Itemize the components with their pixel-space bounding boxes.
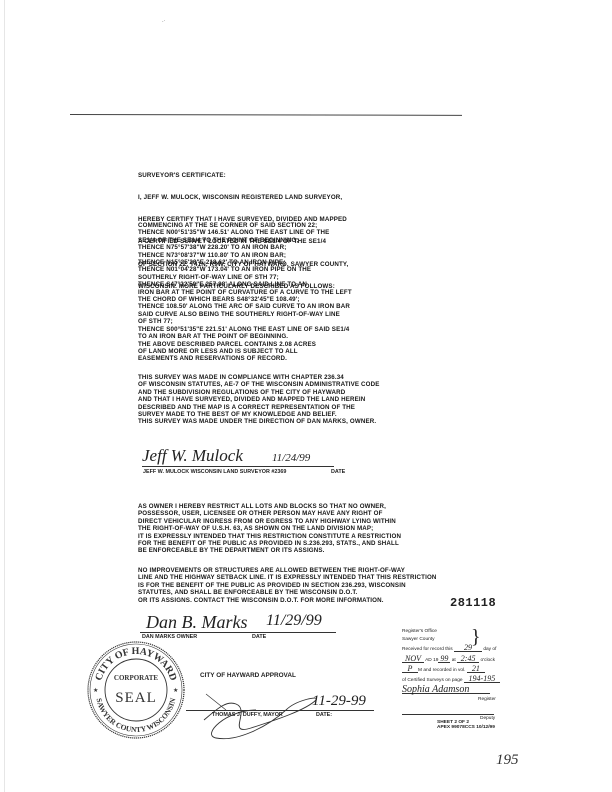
improvements-line: IS FOR THE BENEFIT OF THE PUBLIC AS PROV… xyxy=(138,582,437,589)
legal-description-line: SOUTHERLY RIGHT-OF-WAY LINE OF STH 77; xyxy=(138,274,352,281)
improvements-line: NO IMPROVEMENTS OR STRUCTURES ARE ALLOWE… xyxy=(138,567,437,574)
svg-text:★: ★ xyxy=(173,687,178,694)
legal-description-line: THENCE S00°51'35"E 221.51' ALONG THE EAS… xyxy=(138,326,352,333)
received-meridiem: P xyxy=(402,665,418,673)
legal-description-line: THENCE 108.50' ALONG THE ARC OF SAID CUR… xyxy=(138,303,352,310)
restriction-line: BE ENFORCEABLE BY THE DEPARTMENT OR ITS … xyxy=(138,547,401,554)
restriction-line: AS OWNER I HEREBY RESTRICT ALL LOTS AND … xyxy=(138,503,401,510)
page-number: 195 xyxy=(496,752,519,769)
compliance-line: OF WISCONSIN STATUTES, AE-7 OF THE WISCO… xyxy=(138,381,380,388)
compliance-statement: THIS SURVEY WAS MADE IN COMPLIANCE WITH … xyxy=(138,374,380,426)
document-number: 281118 xyxy=(450,596,496,610)
restriction-line: FOR THE BENEFIT OF THE PUBLIC AS PROVIDE… xyxy=(138,540,401,547)
received-label: Received for record this xyxy=(402,647,453,652)
register-signature: Sophia Adamson xyxy=(402,686,490,694)
surveyor-date-label: DATE xyxy=(331,469,345,475)
legal-description-line: SAID CURVE ALSO BEING THE SOUTHERLY RIGH… xyxy=(138,311,352,318)
corporate-seal-icon: CITY OF HAYWARD SAWYER COUNTY WISCONSIN … xyxy=(86,640,186,740)
register-county: Sawyer County xyxy=(402,636,500,644)
legal-description-line: COMMENCING AT THE SE CORNER OF SAID SECT… xyxy=(138,222,352,229)
restriction-line: IT IS EXPRESSLY INTENDED THAT THIS RESTR… xyxy=(138,533,401,540)
legal-description-line: SE1/4 OF THE SE1/4 TO THE POINT OF BEGIN… xyxy=(138,237,352,244)
compliance-line: SURVEY MADE TO THE BEST OF MY KNOWLEDGE … xyxy=(138,411,380,418)
legal-description-line: EASEMENTS AND RESERVATIONS OF RECORD. xyxy=(138,355,352,362)
scan-speck: .· xyxy=(162,18,166,24)
register-label: Register xyxy=(402,696,500,704)
approval-date: 11-29-99 xyxy=(312,693,366,710)
seal-inner-center: SEAL xyxy=(115,690,157,706)
legal-description-line: THENCE N73°08'37"W 110.80' TO AN IRON BA… xyxy=(138,252,352,259)
owner-restriction: AS OWNER I HEREBY RESTRICT ALL LOTS AND … xyxy=(138,503,401,555)
certificate-heading: SURVEYOR'S CERTIFICATE: xyxy=(138,172,348,179)
legal-description-line: OF STH 77; xyxy=(138,318,352,325)
legal-description-line: THENCE N00°51'35"W 146.51' ALONG THE EAS… xyxy=(138,229,352,236)
svg-text:★: ★ xyxy=(93,687,98,694)
recorded-label: M and recorded in vol. xyxy=(418,668,465,673)
job-number: APEX 99078CCS 10/12/99 xyxy=(437,725,495,730)
legal-description-line: IRON BAR AT THE POINT OF CURVATURE OF A … xyxy=(138,289,352,296)
restriction-line: THE RIGHT-OF-WAY OF U.S.H. 63, AS SHOWN … xyxy=(138,525,401,532)
legal-description-line: THENCE S47°22'50"E 257.88' ALONG SAID LI… xyxy=(138,281,352,288)
surveyor-signature-date: 11/24/99 xyxy=(272,452,310,464)
day-suffix: day of xyxy=(483,647,496,652)
legal-description-line: THENCE N75°57'38"W 228.20' TO AN IRON BA… xyxy=(138,244,352,251)
compliance-line: DESCRIBED AND THE MAP IS A CORRECT REPRE… xyxy=(138,404,380,411)
improvements-line: OR ITS ASSIGNS. CONTACT THE WISCONSIN D.… xyxy=(138,597,437,604)
owner-date-label: DATE xyxy=(252,634,266,640)
improvements-line: LINE AND THE HIGHWAY SETBACK LINE. IT IS… xyxy=(138,574,437,581)
surveyor-caption: JEFF W. MULOCK WISCONSIN LAND SURVEYOR #… xyxy=(143,469,286,475)
city-approval-heading: CITY OF HAYWARD APPROVAL xyxy=(200,672,296,679)
restriction-line: POSSESSOR, USER, LICENSEE OR OTHER PERSO… xyxy=(138,510,401,517)
scan-edge xyxy=(4,0,5,792)
register-of-deeds-stamp: Register's Office Sawyer County Received… xyxy=(402,628,500,723)
scanned-document-page: .· SURVEYOR'S CERTIFICATE: I, JEFF W. MU… xyxy=(0,0,612,792)
seal-inner-top: CORPORATE xyxy=(114,674,159,682)
register-signature-row: Sophia Adamson xyxy=(402,686,500,696)
mayor-caption: THOMAS J. DUFFY, MAYOR xyxy=(212,712,283,718)
sheet-info: SHEET 2 OF 2 APEX 99078CCS 10/12/99 xyxy=(437,720,495,731)
approval-date-label: DATE: xyxy=(316,712,332,718)
restriction-line: DIRECT VEHICULAR INGRESS FROM OR EGRESS … xyxy=(138,518,401,525)
compliance-line: THIS SURVEY WAS MADE UNDER THE DIRECTION… xyxy=(138,418,380,425)
oclock-label: o'clock xyxy=(480,658,495,663)
compliance-line: AND THAT I HAVE SURVEYED, DIVIDED AND MA… xyxy=(138,396,380,403)
register-office: Register's Office xyxy=(402,628,500,636)
legal-description-line: TO AN IRON BAR AT THE POINT OF BEGINNING… xyxy=(138,333,352,340)
legal-description-line: THE ABOVE DESCRIBED PARCEL CONTAINS 2.08… xyxy=(138,341,352,348)
received-month: NOV xyxy=(402,655,424,663)
compliance-line: THIS SURVEY WAS MADE IN COMPLIANCE WITH … xyxy=(138,374,380,381)
legal-description-line: THENCE N01°04'28"W 173.04' TO AN IRON PI… xyxy=(138,266,352,273)
owner-signature-date: 11/29/99 xyxy=(266,612,322,630)
legal-description-line: THENCE N15°25'28"E 218.62' TO AN IRON PI… xyxy=(138,259,352,266)
surveyor-signature: Jeff W. Mulock xyxy=(142,446,243,466)
compliance-line: AND THE SUBDIVISION REGULATIONS OF THE C… xyxy=(138,389,380,396)
recorded-volume: 21 xyxy=(467,665,485,673)
legal-description-line: THE CHORD OF WHICH BEARS S48°32'45"E 108… xyxy=(138,296,352,303)
register-month-row: NOV AD 1999 at 2:45 o'clock xyxy=(402,655,500,665)
top-rule-line xyxy=(70,114,462,116)
owner-signature-line xyxy=(140,632,336,633)
received-day: 29 xyxy=(454,644,482,652)
improvements-restriction: NO IMPROVEMENTS OR STRUCTURES ARE ALLOWE… xyxy=(138,567,437,604)
received-year: 99 xyxy=(438,655,450,663)
legal-description: COMMENCING AT THE SE CORNER OF SAID SECT… xyxy=(138,222,352,363)
improvements-line: STATUTES, AND SHALL BE ENFORCEABLE BY TH… xyxy=(138,589,437,596)
owner-signature: Dan B. Marks xyxy=(146,612,248,633)
ad-label: AD 19 xyxy=(425,658,438,663)
legal-description-line: OF LAND MORE OR LESS AND IS SUBJECT TO A… xyxy=(138,348,352,355)
at-label: at xyxy=(452,658,456,663)
of-label: of Certified Surveys on page xyxy=(402,678,463,683)
approval-signature-line xyxy=(186,710,374,711)
received-time: 2:45 xyxy=(457,655,479,663)
certificate-line: I, JEFF W. MULOCK, WISCONSIN REGISTERED … xyxy=(138,194,348,201)
recorded-pages: 194-195 xyxy=(464,675,500,683)
surveyor-signature-line xyxy=(142,466,334,467)
